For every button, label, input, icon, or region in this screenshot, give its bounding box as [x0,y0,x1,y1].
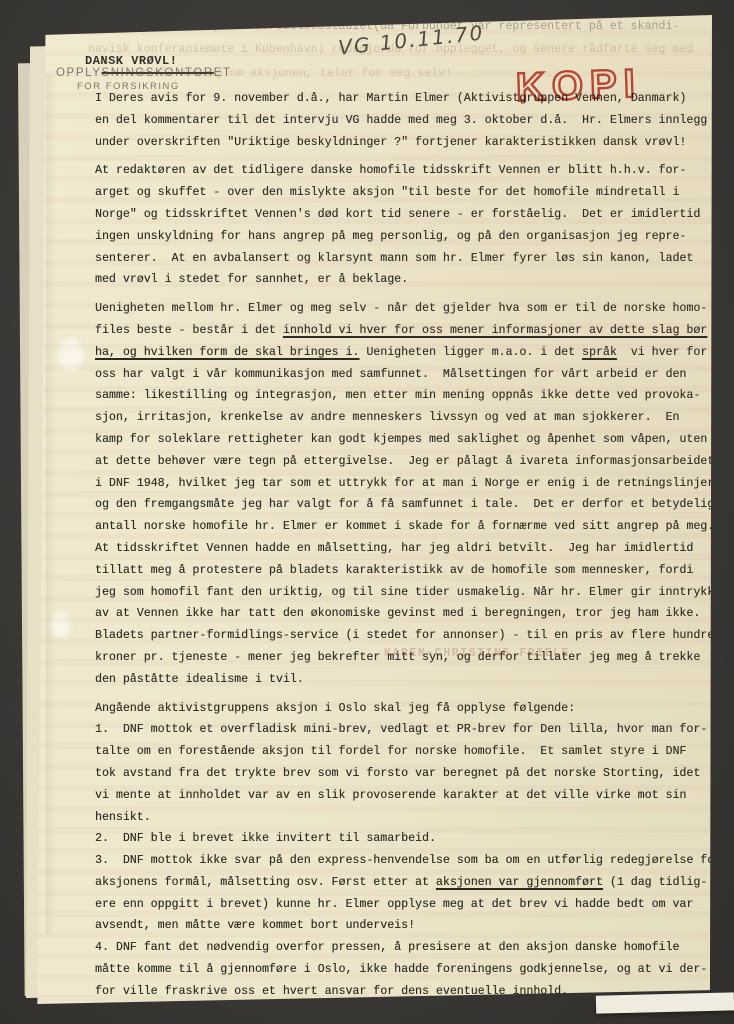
text-line: Norge" og tidsskriftet Vennen's død kort… [95,204,715,226]
kopi-stamp: KOPI [511,55,685,115]
text-line: den påståtte idealisme i tvil. [95,669,715,691]
text-line: antall norske homofile hr. Elmer er komm… [95,516,715,538]
text-line: vi mente at innholdet var av en slik pro… [95,785,715,807]
text-line: tillatt meg å protestere på bladets kara… [95,560,715,582]
text-line: av at Vennen ikke har tatt den økonomisk… [95,603,715,625]
document-body: I Deres avis for 9. november d.å., har M… [95,88,715,1003]
text-line: og den fremgangsmåte jeg har valgt for å… [95,494,715,516]
text-line: måtte komme til å gjennomføre i Oslo, ik… [95,959,715,981]
typed-title: DANSK VRØVL! [85,54,177,68]
text-line: 2. DNF ble i brevet ikke invitert til sa… [95,828,715,850]
text-line: At redaktøren av det tidligere danske ho… [95,160,715,182]
paper-sliver-bottom-right [596,992,734,1013]
text-line: talte om en forestående aksjon til forde… [95,741,715,763]
text-line: ere enn oppgitt i brevet) kunne hr. Elme… [95,894,715,916]
text-line: hensikt. [95,807,715,829]
text-line: Bladets partner-formidlings-service (i s… [95,625,715,647]
text-line: arget og skuffet - over den mislykte aks… [95,182,715,204]
text-line: sjon, irritasjon, krenkelse av andre men… [95,407,715,429]
paper-crease [46,74,56,934]
letterhead-org-prefix: OPPLY [56,67,102,79]
text-line: samme: likestilling og integrasjon, men … [95,385,715,407]
text-line: en del kommentarer til det intervju VG h… [95,110,715,132]
text-line: kamp for soleklare rettigheter kan godt … [95,429,715,451]
paragraph: 2. DNF ble i brevet ikke invitert til sa… [95,828,715,850]
letterhead-org-suffix: ET [214,67,232,79]
text-line: at dette behøver være tegn på ettergivel… [95,451,715,473]
text-line: files beste - består i det innhold vi hv… [95,320,715,342]
paragraph: 1. DNF mottok et overfladisk mini-brev, … [95,719,715,828]
text-line: jeg som homofil fant den uriktig, og til… [95,582,715,604]
letterhead-org-name: OPPLYSNINGSKONTORET [56,67,232,79]
text-line: under overskriften "Uriktige beskyldning… [95,132,715,154]
paragraph: At redaktøren av det tidligere danske ho… [95,160,715,291]
paragraph: 4. DNF fant det nødvendig overfor presse… [95,937,715,1002]
text-line: Uenigheten mellom hr. Elmer og meg selv … [95,298,715,320]
kopi-stamp-text: KOPI [515,61,642,109]
text-line: senterer. At en avbalansert og klarsynt … [95,248,715,270]
text-line: aksjonens formål, målsetting osv. Først … [95,872,715,894]
paragraph: 3. DNF mottok ikke svar på den express-h… [95,850,715,937]
photo-background: At hr. Elmer ikke på forberedelsesstadie… [0,0,734,1024]
text-line: avsendt, men måtte være kommet bort unde… [95,915,715,937]
text-line: 1. DNF mottok et overfladisk mini-brev, … [95,719,715,741]
text-line: 3. DNF mottok ikke svar på den express-h… [95,850,715,872]
paragraph: Angående aktivistgruppens aksjon i Oslo … [95,698,715,720]
document-page: At hr. Elmer ikke på forberedelsesstadie… [36,14,712,1006]
text-line: At tidsskriftet Vennen hadde en målsetti… [95,538,715,560]
handwritten-date: VG 10.11.70 [337,20,485,59]
letterhead-org-struck-part: SNINGSKONTOR [102,67,214,79]
text-line: oss har valgt i vår kommunikasjon med sa… [95,364,715,386]
text-line: ha, og hvilken form de skal bringes i. U… [95,342,715,364]
paragraph: Uenigheten mellom hr. Elmer og meg selv … [95,298,715,690]
text-line: kroner pr. tjeneste - mener jeg bekrefte… [95,647,715,669]
text-line: i DNF 1948, hvilket jeg tar som et uttry… [95,473,715,495]
paper-damage-spot [58,338,84,372]
text-line: med vrøvl i stedet for sannhet, er å bek… [95,269,715,291]
text-line: 4. DNF fant det nødvendig overfor presse… [95,937,715,959]
text-line: tok avstand fra det trykte brev som vi f… [95,763,715,785]
text-line: ingen unskyldning for hans angrep på meg… [95,226,715,248]
text-line: Angående aktivistgruppens aksjon i Oslo … [95,698,715,720]
